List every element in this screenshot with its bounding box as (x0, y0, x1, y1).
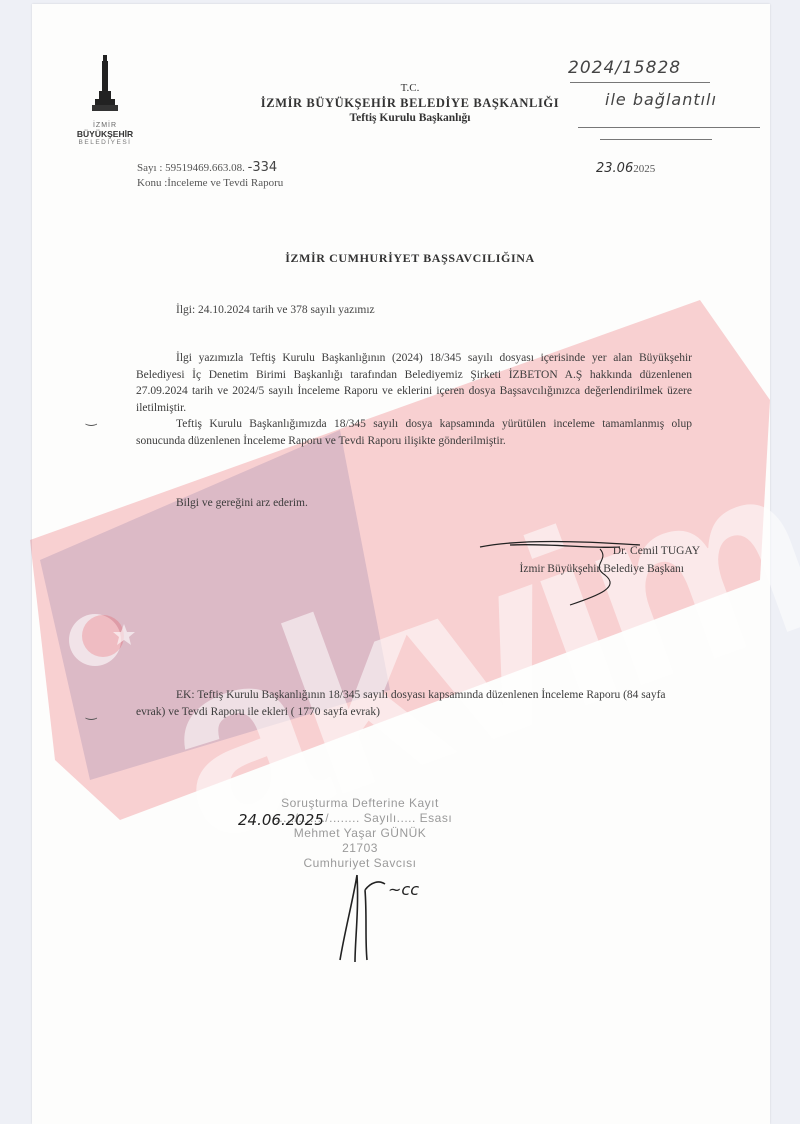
closing-line: Bilgi ve gereğini arz ederim. (176, 497, 308, 509)
header-tc: T.C. (230, 82, 590, 94)
header-institution: İZMİR BÜYÜKŞEHİR BELEDİYE BAŞKANLIĞI (230, 96, 590, 111)
stamp-line-1: Soruşturma Defterine Kayıt (240, 796, 480, 811)
underline (600, 139, 712, 140)
stamp-handwritten-date: 24.06.2025 (238, 811, 324, 829)
logo-line-3: BELEDİYESİ (70, 139, 140, 146)
paragraph-2: Teftiş Kurulu Başkanlığımızda 18/345 say… (136, 416, 692, 449)
stamp-line-5: Cumhuriyet Savcısı (240, 856, 480, 871)
paragraph-1: İlgi yazımızla Teftiş Kurulu Başkanlığın… (136, 350, 692, 416)
logo-line-1: İZMİR (70, 122, 140, 129)
logo-line-2: BÜYÜKŞEHİR (70, 129, 140, 139)
signatory-name: Dr. Cemil TUGAY (520, 545, 700, 557)
header-department: Teftiş Kurulu Başkanlığı (230, 112, 590, 124)
ilgi-reference: İlgi: 24.10.2024 tarih ve 378 sayılı yaz… (176, 304, 375, 316)
sayi-value: : 59519469.663.08. (159, 162, 245, 174)
document-date: 23.062025 (596, 161, 655, 176)
konu-value: :İnceleme ve Tevdi Raporu (164, 177, 283, 189)
stamp-line-4: 21703 (240, 841, 480, 856)
date-handwritten: 23.06 (596, 161, 633, 176)
handwritten-note: ile bağlantılı (605, 90, 717, 109)
izmir-bb-logo: İZMİR BÜYÜKŞEHİR BELEDİYESİ (70, 55, 140, 146)
sayi-handwritten: -334 (248, 160, 278, 175)
check-mark-icon: ‿ (86, 412, 96, 427)
attachment-note: EK: Teftiş Kurulu Başkanlığının 18/345 s… (136, 687, 696, 721)
check-mark-icon: ‿ (86, 706, 96, 721)
clock-tower-icon (88, 55, 122, 115)
handwritten-reference: 2024/15828 (568, 58, 681, 78)
underline (570, 82, 710, 83)
prosecutor-signature (335, 870, 395, 965)
sayi-line: Sayı : 59519469.663.08. -334 (137, 160, 277, 175)
konu-line: Konu :İnceleme ve Tevdi Raporu (137, 177, 283, 189)
konu-label: Konu (137, 177, 161, 189)
underline (578, 127, 760, 128)
sayi-label: Sayı (137, 162, 157, 174)
signatory-title: İzmir Büyükşehir Belediye Başkanı (470, 563, 684, 575)
addressee: İZMİR CUMHURİYET BAŞSAVCILIĞINA (200, 251, 620, 266)
prosecutor-stamp: Soruşturma Defterine Kayıt ......./.....… (240, 796, 480, 871)
date-year: 2025 (633, 163, 655, 175)
